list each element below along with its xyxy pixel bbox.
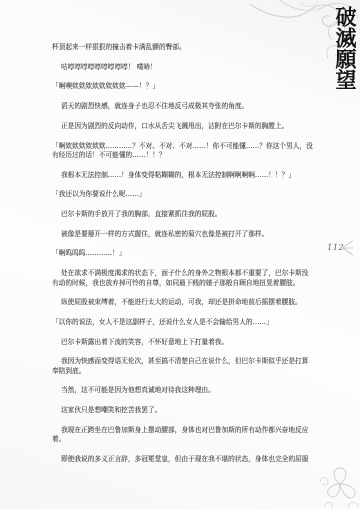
floral-ornament-icon bbox=[318, 462, 360, 509]
text-line: 正是因为剧烈的反向动作，口水从舌尖飞溅甩出，沾附在巴尔卡斯的胸膛上。 bbox=[52, 122, 314, 131]
paragraph: 纵使屁股被束缚着，不能进行太大的运动，可我，却还是拼命地前后摇摆着腰肢。 bbox=[52, 298, 314, 307]
text-line: 「我还以为你要说什么呢……」 bbox=[52, 190, 314, 199]
paragraph: 我因为快感而变得语无伦次，甚至搞不清楚自己在说什么，但巴尔卡斯似乎还是打算 奉陪… bbox=[52, 357, 314, 376]
dialogue-paragraph: 「啊呜呜呜…………！」 bbox=[52, 249, 314, 258]
text-line: 这家伙只是想嘲笑和挖苦我罢了。 bbox=[52, 406, 314, 415]
page-number: 112 bbox=[327, 243, 344, 253]
paragraph: 滔天的剧烈快感，就连身子也忍不住地反弓成极其夸张的角度。 bbox=[52, 102, 314, 111]
text-line: 「啊噢欸欸欸欸欸欸欸欸——！？」 bbox=[52, 82, 314, 91]
text-line: 巴尔卡斯露出着下流的笑容，不怀好意地上下打量着我。 bbox=[52, 338, 314, 347]
paragraph: 被像是要掰开一样的方式握住，就连私密的菊穴也像是被打开了那样。 bbox=[52, 230, 314, 239]
paragraph: 即使我说的多义正言辞，多冠冕堂皇，但由于现在我不堪的状态，身体也完全的屈服 bbox=[52, 455, 314, 464]
text-line: 我现在正跨坐在巴鲁加斯身上摆动腰部，身体也对巴鲁加斯的所有动作都兴奋地反应 bbox=[52, 426, 314, 435]
paragraph: 当然，这不可能是因为他想真诚地对待我这种理由。 bbox=[52, 386, 314, 395]
dialogue-paragraph: 「啊欸欸欸欸欸欸…………？不对、不对、不对……！你不可能懂……？你这个男人，没 … bbox=[52, 142, 314, 161]
text-line: 处在欲求不满极度渴求的状态下，面子什么的身外之物根本都不重要了，巴尔卡斯没 bbox=[52, 269, 314, 278]
paragraph: 我现在正跨坐在巴鲁加斯身上摆动腰部，身体也对巴鲁加斯的所有动作都兴奋地反应 着。 bbox=[52, 426, 314, 445]
text-line: 即使我说的多义正言辞，多冠冕堂皇，但由于现在我不堪的状态，身体也完全的屈服 bbox=[52, 455, 314, 464]
text-line: 被像是要掰开一样的方式握住，就连私密的菊穴也像是被打开了那样。 bbox=[52, 230, 314, 239]
paragraph: 咕啍啍啍啍啍啍啍啍啍！ 噗哧！ bbox=[52, 63, 314, 72]
dialogue-paragraph: 「以你的说法，女人不是这副样子，还说什么女人是不会输给男人的……」 bbox=[52, 318, 314, 327]
text-line: 咕啍啍啍啍啍啍啍啍啍！ 噗哧！ bbox=[52, 63, 314, 72]
text-line: 滔天的剧烈快感，就连身子也忍不住地反弓成极其夸张的角度。 bbox=[52, 102, 314, 111]
text-line: 有经历过的话！不可能懂的……！！？ bbox=[52, 151, 314, 160]
book-page: 破滅願望 112 杯顶起来一样狠狠的撞击着卡满乱颤的臀部。 咕啍啍啍啍啍啍啍啍啍… bbox=[0, 0, 360, 509]
text-line: 「啊欸欸欸欸欸欸…………？不对、不对、不对……！你不可能懂……？你这个男人，没 bbox=[52, 142, 314, 151]
dialogue-paragraph: 「啊噢欸欸欸欸欸欸欸欸——！？」 bbox=[52, 82, 314, 91]
text-line: 「啊呜呜呜…………！」 bbox=[52, 249, 314, 258]
text-line: 当然，这不可能是因为他想真诚地对待我这种理由。 bbox=[52, 386, 314, 395]
text-line: 有动的时候，我也放弃掉可怜的自尊，如同最下贱的婊子那般自顾自地扭晃着腰肢。 bbox=[52, 279, 314, 288]
text-line: 巴尔卡斯的手放开了我的胸部，直接紧抓住我的屁股。 bbox=[52, 210, 314, 219]
paragraph: 处在欲求不满极度渴求的状态下，面子什么的身外之物根本都不重要了，巴尔卡斯没 有动… bbox=[52, 269, 314, 288]
dialogue-paragraph: 「我还以为你要说什么呢……」 bbox=[52, 190, 314, 199]
text-line: 奉陪到底。 bbox=[52, 367, 314, 376]
paragraph: 我根本无法控制……！身体变得粘糊糊的，根本无法控制啊啊啊啊……！！？」 bbox=[52, 171, 314, 180]
paragraph: 这家伙只是想嘲笑和挖苦我罢了。 bbox=[52, 406, 314, 415]
book-title: 破滅願望 bbox=[334, 6, 357, 90]
text-line: 我因为快感而变得语无伦次，甚至搞不清楚自己在说什么，但巴尔卡斯似乎还是打算 bbox=[52, 357, 314, 366]
paragraph: 巴尔卡斯露出着下流的笑容，不怀好意地上下打量着我。 bbox=[52, 338, 314, 347]
text-line: 杯顶起来一样狠狠的撞击着卡满乱颤的臀部。 bbox=[52, 43, 314, 52]
body-text: 杯顶起来一样狠狠的撞击着卡满乱颤的臀部。 咕啍啍啍啍啍啍啍啍啍！ 噗哧！ 「啊噢… bbox=[52, 43, 314, 475]
text-line: 纵使屁股被束缚着，不能进行太大的运动，可我，却还是拼命地前后摇摆着腰肢。 bbox=[52, 298, 314, 307]
paragraph: 正是因为剧烈的反向动作，口水从舌尖飞溅甩出，沾附在巴尔卡斯的胸膛上。 bbox=[52, 122, 314, 131]
paragraph: 巴尔卡斯的手放开了我的胸部，直接紧抓住我的屁股。 bbox=[52, 210, 314, 219]
text-line: 「以你的说法，女人不是这副样子，还说什么女人是不会输给男人的……」 bbox=[52, 318, 314, 327]
text-line: 着。 bbox=[52, 435, 314, 444]
text-line: 我根本无法控制……！身体变得粘糊糊的，根本无法控制啊啊啊啊……！！？」 bbox=[52, 171, 314, 180]
paragraph: 杯顶起来一样狠狠的撞击着卡满乱颤的臀部。 bbox=[52, 43, 314, 52]
